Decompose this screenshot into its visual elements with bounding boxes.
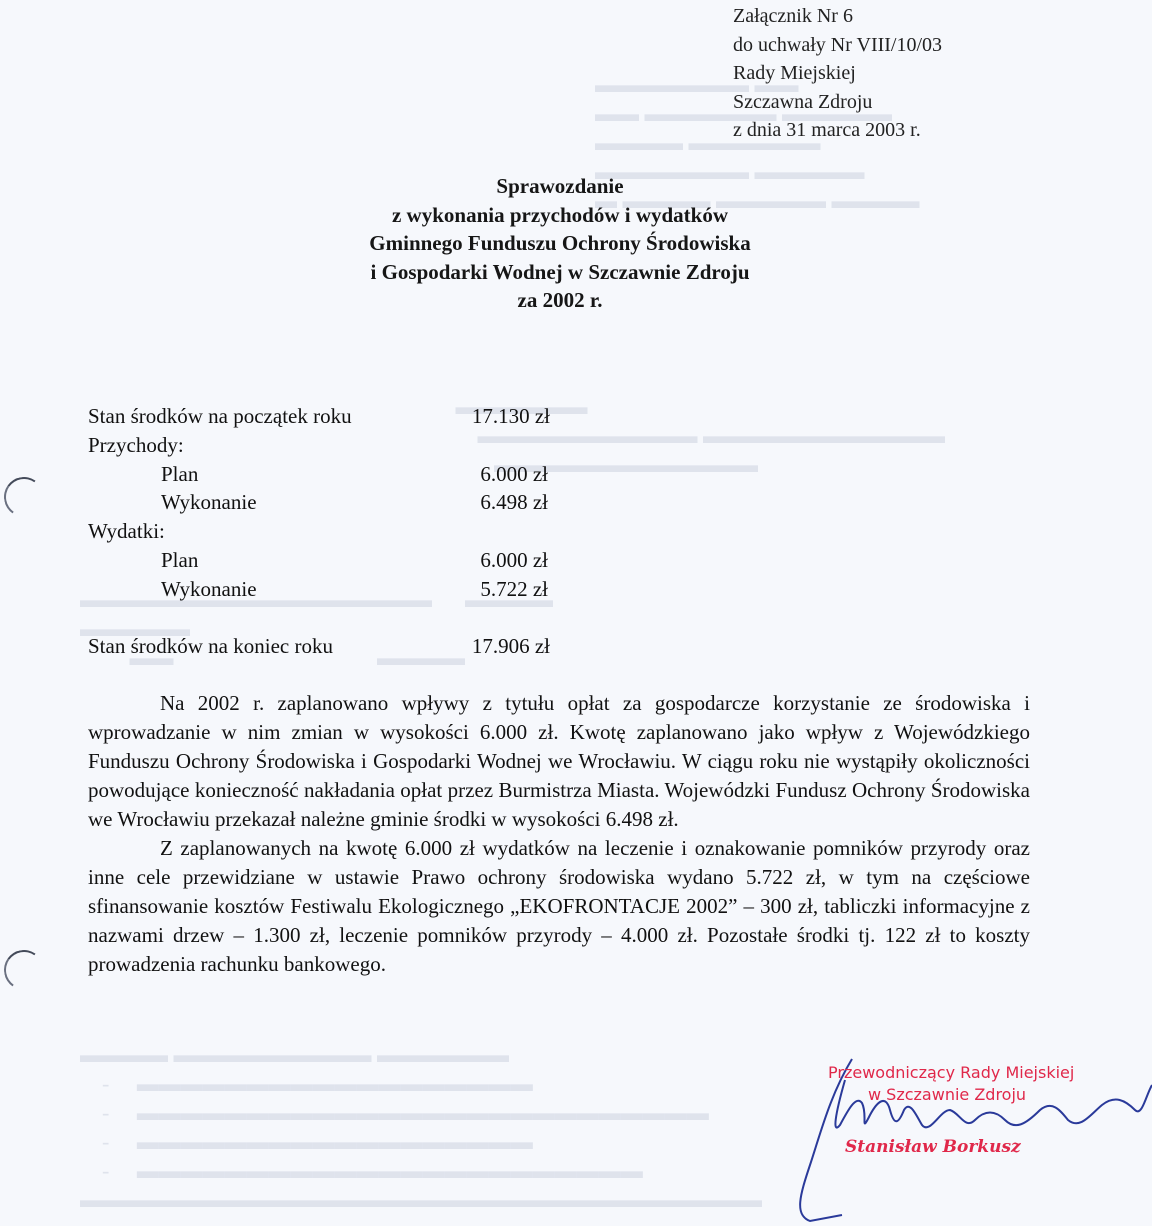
attachment-line: Załącznik Nr 6 xyxy=(733,2,942,31)
expenses-execution-value: 5.722 zł xyxy=(348,575,548,604)
title-line: i Gospodarki Wodnej w Szczawnie Zdroju xyxy=(260,258,860,287)
revenue-heading: Przychody: xyxy=(88,431,184,460)
revenue-execution-label: Wykonanie xyxy=(161,488,257,517)
attachment-line: Rady Miejskiej xyxy=(733,59,942,88)
revenue-execution-value: 6.498 zł xyxy=(348,488,548,517)
closing-balance-value: 17.906 zł xyxy=(350,632,550,661)
paragraph-expenses: Z zaplanowanych na kwotę 6.000 zł wydatk… xyxy=(88,834,1030,979)
signature-block: Przewodniczący Rady Miejskiej w Szczawni… xyxy=(790,1055,1152,1226)
revenue-plan-value: 6.000 zł xyxy=(348,460,548,489)
expenses-plan-value: 6.000 zł xyxy=(348,546,548,575)
document-title: Sprawozdanie z wykonania przychodów i wy… xyxy=(260,172,860,315)
signatory-name: Stanisław Borkusz xyxy=(845,1137,1021,1157)
stamp-title: Przewodniczący Rady Miejskiej xyxy=(828,1063,1074,1082)
title-line: za 2002 r. xyxy=(260,286,860,315)
revenue-plan-label: Plan xyxy=(161,460,198,489)
opening-balance-value: 17.130 zł xyxy=(350,402,550,431)
expenses-plan-label: Plan xyxy=(161,546,198,575)
attachment-line: do uchwały Nr VIII/10/03 xyxy=(733,31,942,60)
expenses-execution-label: Wykonanie xyxy=(161,575,257,604)
attachment-header: Załącznik Nr 6 do uchwały Nr VIII/10/03 … xyxy=(733,2,942,145)
expenses-heading: Wydatki: xyxy=(88,517,165,546)
punch-hole-mark xyxy=(1,947,47,993)
title-line: Sprawozdanie xyxy=(260,172,860,201)
title-line: Gminnego Funduszu Ochrony Środowiska xyxy=(260,229,860,258)
opening-balance-label: Stan środków na początek roku xyxy=(88,402,352,431)
attachment-line: Szczawna Zdroju xyxy=(733,88,942,117)
attachment-line: z dnia 31 marca 2003 r. xyxy=(733,116,942,145)
stamp-location: w Szczawnie Zdroju xyxy=(868,1085,1026,1104)
body-text: Na 2002 r. zaplanowano wpływy z tytułu o… xyxy=(88,689,1030,979)
closing-balance-label: Stan środków na koniec roku xyxy=(88,632,333,661)
punch-hole-mark xyxy=(1,474,47,520)
title-line: z wykonania przychodów i wydatków xyxy=(260,201,860,230)
paragraph-revenue: Na 2002 r. zaplanowano wpływy z tytułu o… xyxy=(88,689,1030,834)
bleed-through-ghost-footer: ▬▬▬▬ ▬▬▬▬▬▬▬▬▬ ▬▬▬▬▬▬ - ▬▬▬▬▬▬▬▬▬▬▬▬▬▬▬▬… xyxy=(80,1040,762,1214)
